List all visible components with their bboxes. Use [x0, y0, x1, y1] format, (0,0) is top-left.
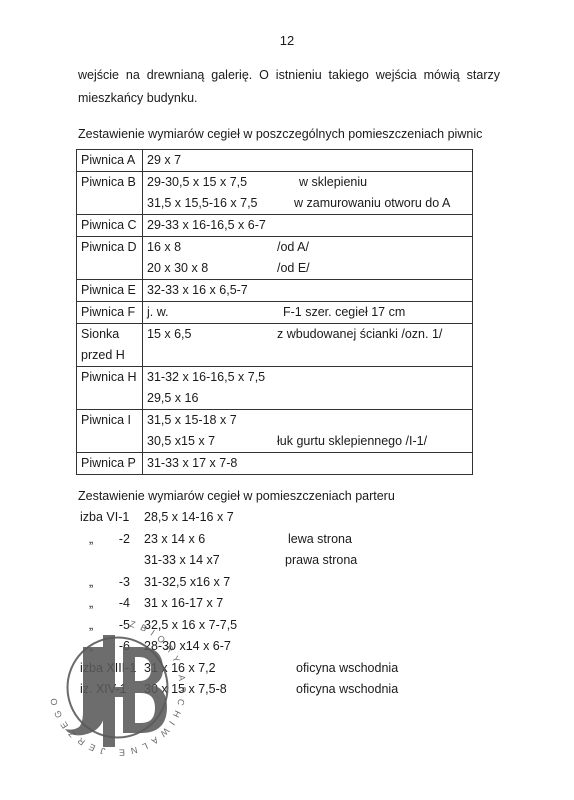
cellar-table-heading: Zestawienie wymiarów cegieł w poszczegól… [78, 127, 482, 141]
room-name: przed H [81, 348, 125, 362]
room-name: Piwnica P [81, 456, 136, 470]
room-name: Piwnica C [81, 218, 137, 232]
room-name-cell: Piwnica D [77, 237, 143, 279]
brick-dimensions: 31,5 x 15-18 x 7 [147, 413, 237, 427]
brick-note: w sklepieniu [299, 175, 367, 189]
ditto-mark: „ [89, 532, 93, 546]
brick-dimensions: 29-30,5 x 15 x 7,5 [147, 175, 247, 189]
ditto-mark: „ [89, 575, 93, 589]
table-row: Piwnica A29 x 7 [77, 150, 472, 171]
brick-note: /od E/ [277, 261, 310, 275]
paragraph-line-1: wejście na drewnianą galerię. O istnieni… [78, 68, 500, 82]
brick-dimensions: 20 x 30 x 8 [147, 261, 208, 275]
table-row: Piwnica E32-33 x 16 x 6,5-7 [77, 279, 472, 301]
table-row: Piwnica C29-33 x 16-16,5 x 6-7 [77, 214, 472, 236]
archive-stamp-icon: ZBIORY ARCHIWALNE JERZEGO TURA I BARBARY… [35, 605, 200, 770]
room-name: izba VI-1 [80, 510, 129, 524]
table-row: Piwnica B29-30,5 x 15 x 7,5w sklepieniu3… [77, 171, 472, 214]
room-name: Piwnica F [81, 305, 135, 319]
brick-note: /od A/ [277, 240, 309, 254]
brick-dimensions: 30,5 x15 x 7 [147, 434, 215, 448]
table-row: Piwnica Fj. w.F-1 szer. cegieł 17 cm [77, 301, 472, 323]
brick-dimensions: 29-33 x 16-16,5 x 6-7 [147, 218, 266, 232]
table-row: Piwnica P31-33 x 17 x 7-8 [77, 452, 472, 474]
room-name: -2 [103, 532, 130, 546]
brick-note: łuk gurtu sklepiennego /I-1/ [277, 434, 427, 448]
paragraph-line-2: mieszkańcy budynku. [78, 91, 198, 105]
table-row: Piwnica H31-32 x 16-16,5 x 7,529,5 x 16 [77, 366, 472, 409]
brick-dimensions: j. w. [147, 305, 169, 319]
brick-note: F-1 szer. cegieł 17 cm [283, 305, 405, 319]
room-name: Piwnica E [81, 283, 136, 297]
room-name: Piwnica B [81, 175, 136, 189]
brick-note: prawa strona [285, 553, 357, 567]
room-name-cell: Piwnica A [77, 150, 143, 171]
brick-dimensions: 31-33 x 14 x7 [144, 553, 220, 567]
brick-dimensions: 29 x 7 [147, 153, 181, 167]
brick-dimensions: 28,5 x 14-16 x 7 [144, 510, 234, 524]
room-name: Piwnica D [81, 240, 137, 254]
ground-floor-heading: Zestawienie wymiarów cegieł w pomieszcze… [78, 489, 395, 503]
brick-note: w zamurowaniu otworu do A [294, 196, 450, 210]
brick-note: oficyna wschodnia [296, 661, 398, 675]
room-name-cell: Piwnica E [77, 280, 143, 301]
room-name-cell: Piwnica F [77, 302, 143, 323]
room-name-cell: Piwnica P [77, 453, 143, 474]
brick-dimensions: 31-33 x 17 x 7-8 [147, 456, 237, 470]
brick-note: z wbudowanej ścianki /ozn. 1/ [277, 327, 442, 341]
brick-dimensions: 32-33 x 16 x 6,5-7 [147, 283, 248, 297]
room-name-cell: Piwnica H [77, 367, 143, 409]
brick-note: lewa strona [288, 532, 352, 546]
room-name: Piwnica I [81, 413, 131, 427]
brick-dimensions: 23 x 14 x 6 [144, 532, 205, 546]
brick-dimensions: 16 x 8 [147, 240, 181, 254]
brick-dimensions: 29,5 x 16 [147, 391, 198, 405]
room-name: Piwnica H [81, 370, 137, 384]
table-row: Piwnica D16 x 8/od A/20 x 30 x 8/od E/ [77, 236, 472, 279]
cellar-brick-table: Piwnica A29 x 7Piwnica B29-30,5 x 15 x 7… [76, 149, 473, 475]
page-number: 12 [0, 33, 574, 48]
table-row: Sionkaprzed H15 x 6,5z wbudowanej ściank… [77, 323, 472, 366]
brick-dimensions: 31-32 x 16-16,5 x 7,5 [147, 370, 265, 384]
brick-dimensions: 31-32,5 x16 x 7 [144, 575, 230, 589]
room-name-cell: Sionkaprzed H [77, 324, 143, 366]
room-name: Piwnica A [81, 153, 135, 167]
archive-stamp: ZBIORY ARCHIWALNE JERZEGO TURA I BARBARY… [35, 605, 200, 773]
table-row: Piwnica I31,5 x 15-18 x 730,5 x15 x 7łuk… [77, 409, 472, 452]
brick-dimensions: 15 x 6,5 [147, 327, 191, 341]
room-name-cell: Piwnica I [77, 410, 143, 452]
brick-dimensions: 31,5 x 15,5-16 x 7,5 [147, 196, 258, 210]
room-name-cell: Piwnica B [77, 172, 143, 214]
room-name: -3 [103, 575, 130, 589]
brick-note: oficyna wschodnia [296, 682, 398, 696]
room-name-cell: Piwnica C [77, 215, 143, 236]
room-name: Sionka [81, 327, 119, 341]
